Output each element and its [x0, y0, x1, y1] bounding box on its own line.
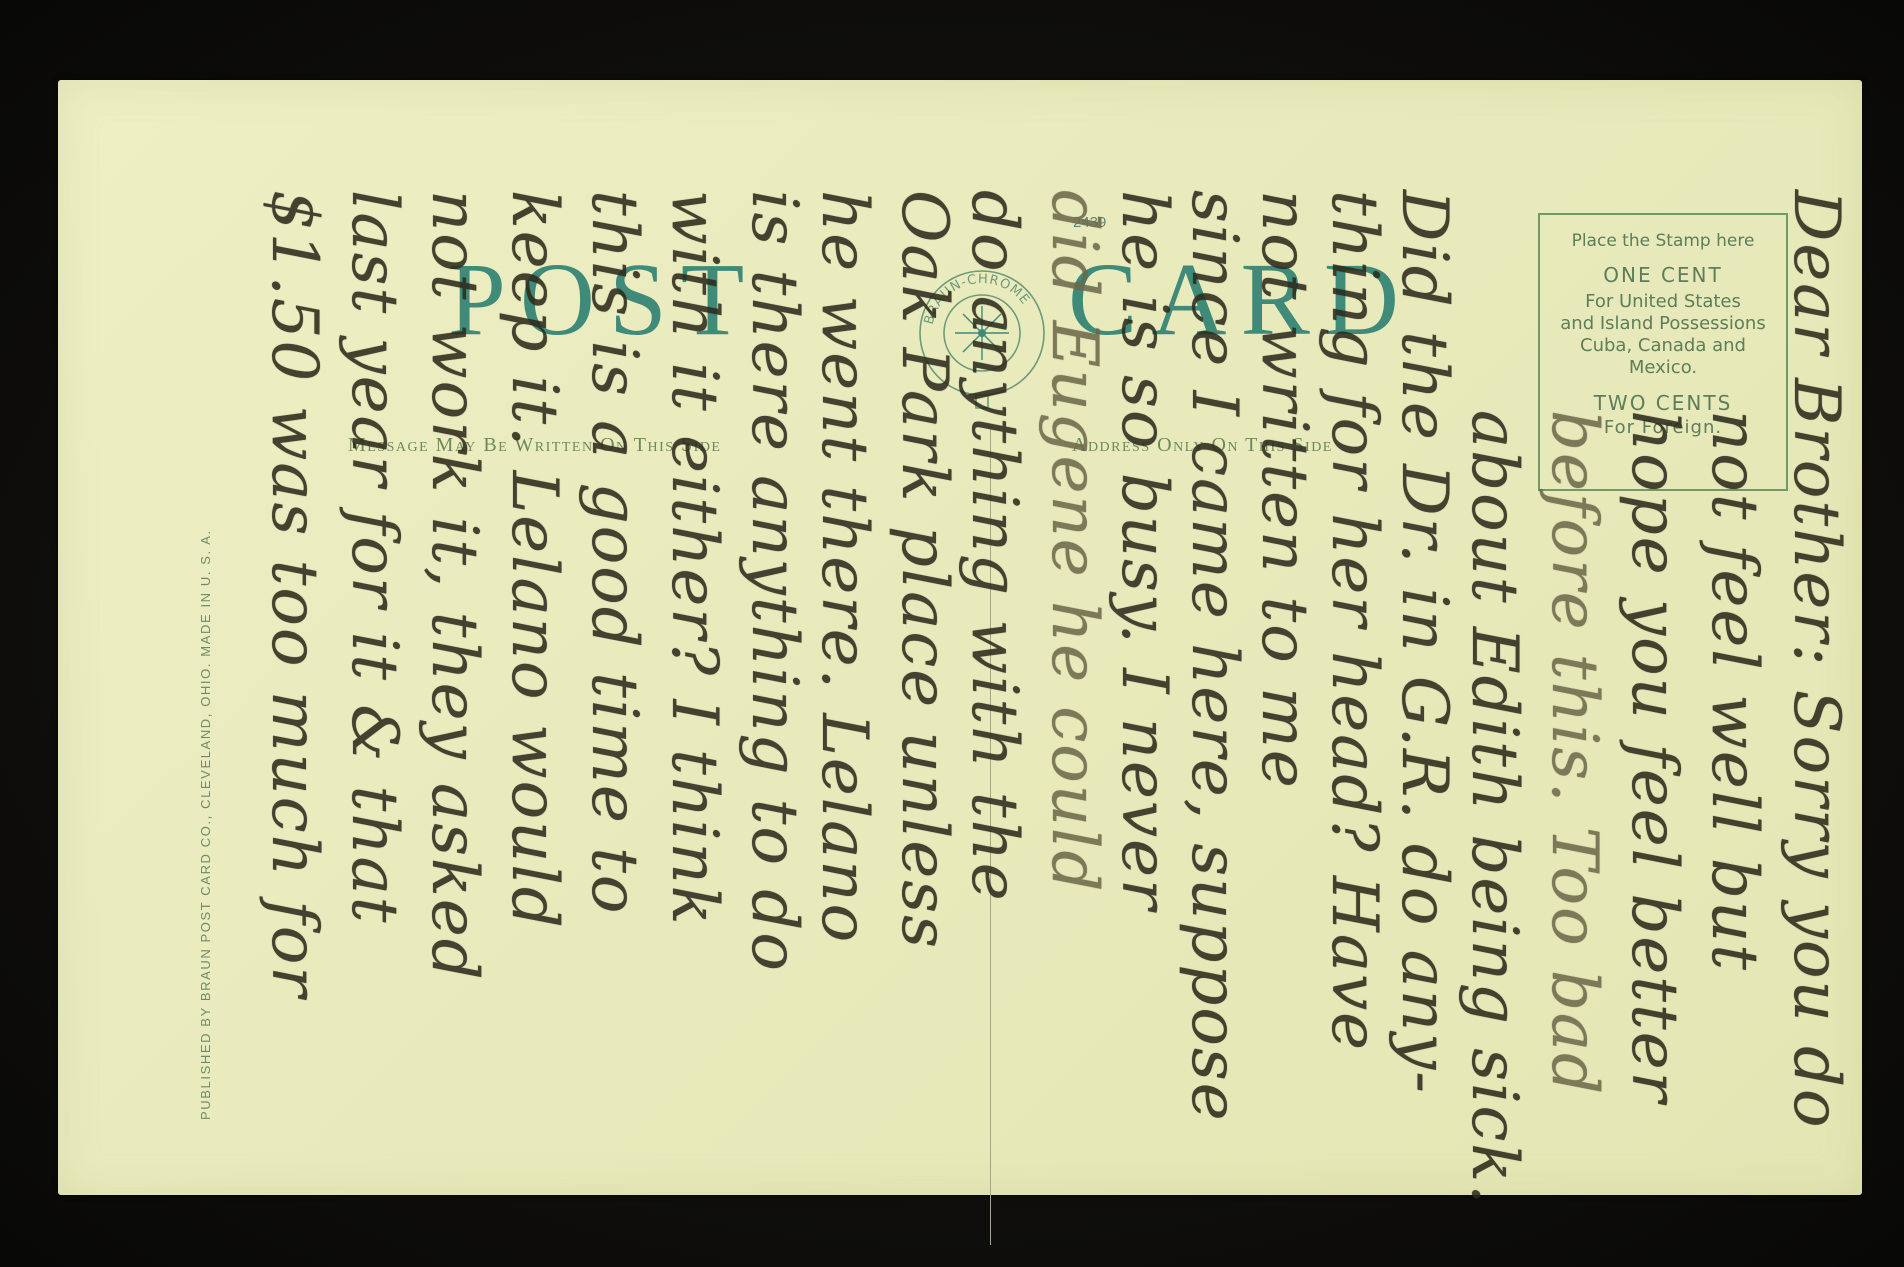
handwriting-line: not feel well but [1702, 410, 1766, 972]
handwriting-line: did Eugene he could [1042, 190, 1106, 893]
domestic-region-4: Mexico. [1540, 357, 1786, 379]
handwriting-line: Oak Park place unless [892, 190, 956, 950]
handwriting-line: he is so busy. I never [1112, 190, 1176, 912]
handwriting-line: keep it. Lelano would [502, 190, 566, 930]
handwriting-line: do anything with the [962, 190, 1026, 903]
handwriting-line: before this. Too bad [1542, 410, 1606, 1096]
handwriting-line: Did the Dr. in G.R. do any- [1392, 190, 1456, 1095]
handwriting-line: he went there. Lelano [812, 190, 876, 944]
handwriting-line: thing for her head? Have [1322, 190, 1386, 1052]
handwriting-line: last year for it & that [342, 190, 406, 924]
handwriting-line: not work it, they asked [422, 190, 486, 982]
domestic-region-1: For United States [1540, 291, 1786, 313]
handwriting-line: is there anything to do [742, 190, 806, 973]
handwriting-line: since I came here, suppose [1182, 190, 1246, 1123]
postcard: POST CARD 2439 BRAUN-CHROME Message May … [58, 80, 1862, 1195]
handwriting-line: Dear Brother: Sorry you do [1784, 190, 1848, 1130]
handwriting-line: this is a good time to [582, 190, 646, 915]
domestic-rate: ONE CENT [1540, 263, 1786, 287]
publisher-imprint: PUBLISHED BY BRAUN POST CARD CO., CLEVEL… [198, 529, 213, 1120]
handwriting-line: not written to me [1252, 190, 1316, 790]
handwriting-line: about Edith being sick. [1462, 410, 1526, 1207]
handwriting-line: with it either? I think [662, 190, 726, 927]
domestic-region-2: and Island Possessions [1540, 313, 1786, 335]
stamp-instruction: Place the Stamp here [1540, 231, 1786, 251]
handwriting-line: $1.50 was too much for [262, 190, 326, 999]
handwriting-line: hope you feel better [1622, 410, 1686, 1104]
domestic-region-3: Cuba, Canada and [1540, 335, 1786, 357]
